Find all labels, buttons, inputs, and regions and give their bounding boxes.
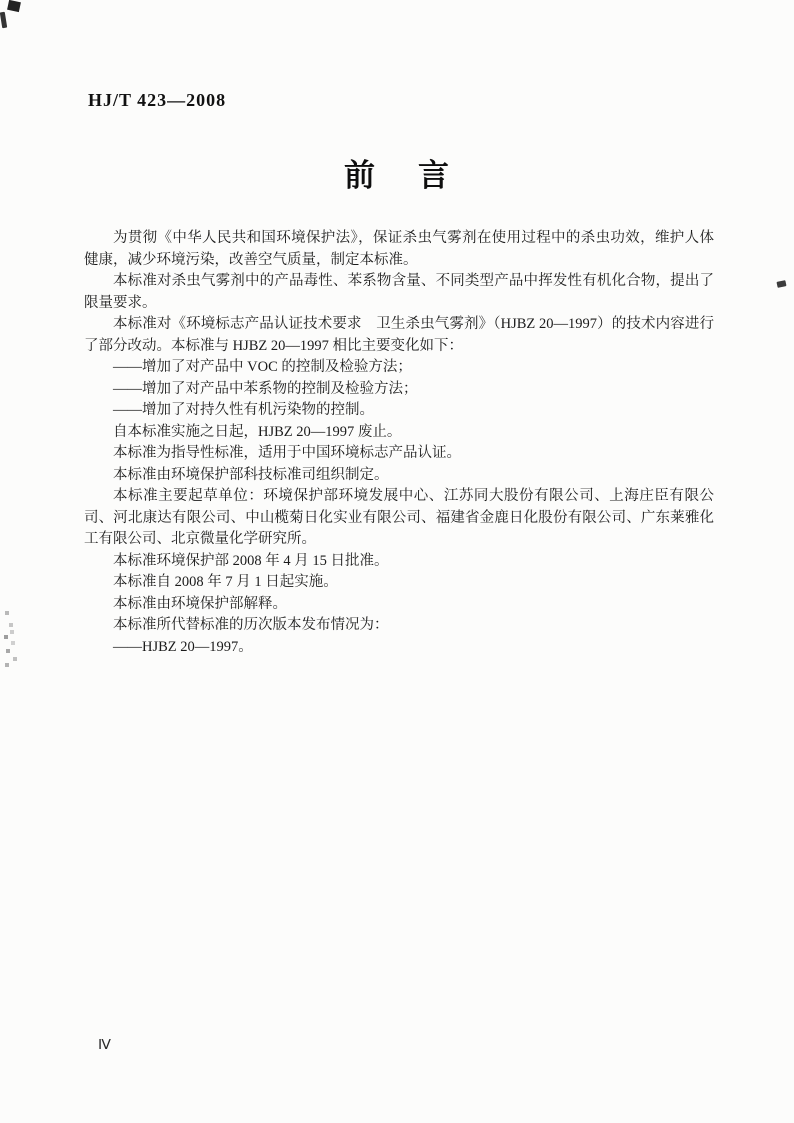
foreword-paragraph: 本标准所代替标准的历次版本发布情况为： — [84, 615, 714, 637]
foreword-list-item: ——增加了对产品中 VOC 的控制及检验方法； — [84, 357, 714, 379]
foreword-body: 为贯彻《中华人民共和国环境保护法》，保证杀虫气雾剂在使用过程中的杀虫功效，维护人… — [84, 228, 714, 658]
foreword-paragraph: 本标准由环境保护部科技标准司组织制定。 — [84, 465, 714, 487]
standard-number-header: HJ/T 423—2008 — [88, 90, 226, 111]
foreword-paragraph: 本标准由环境保护部解释。 — [84, 594, 714, 616]
foreword-paragraph: 为贯彻《中华人民共和国环境保护法》，保证杀虫气雾剂在使用过程中的杀虫功效，维护人… — [84, 228, 714, 271]
foreword-paragraph: 本标准自 2008 年 7 月 1 日起实施。 — [84, 572, 714, 594]
foreword-paragraph: 本标准环境保护部 2008 年 4 月 15 日批准。 — [84, 551, 714, 573]
foreword-list-item: ——HJBZ 20—1997。 — [84, 637, 714, 659]
foreword-paragraph: 本标准对杀虫气雾剂中的产品毒性、苯系物含量、不同类型产品中挥发性有机化合物，提出… — [84, 271, 714, 314]
scan-artifact-top-left-2 — [0, 12, 7, 29]
scan-speckles-left-edge — [4, 598, 6, 600]
scan-artifact-top-left — [7, 0, 21, 12]
title-char-qian: 前 — [344, 158, 376, 193]
title-char-yan: 言 — [418, 158, 450, 193]
foreword-paragraph: 本标准为指导性标准，适用于中国环境标志产品认证。 — [84, 443, 714, 465]
page-number: Ⅳ — [98, 1036, 111, 1053]
foreword-paragraph: 自本标准实施之日起，HJBZ 20—1997 废止。 — [84, 422, 714, 444]
foreword-list-item: ——增加了对产品中苯系物的控制及检验方法； — [84, 379, 714, 401]
foreword-paragraph: 本标准主要起草单位：环境保护部环境发展中心、江苏同大股份有限公司、上海庄臣有限公… — [84, 486, 714, 551]
scan-artifact-right-edge — [776, 280, 786, 288]
foreword-paragraph: 本标准对《环境标志产品认证技术要求 卫生杀虫气雾剂》（HJBZ 20—1997）… — [84, 314, 714, 357]
foreword-list-item: ——增加了对持久性有机污染物的控制。 — [84, 400, 714, 422]
page-title: 前言 — [0, 150, 794, 195]
document-page: HJ/T 423—2008 前言 为贯彻《中华人民共和国环境保护法》，保证杀虫气… — [0, 0, 794, 1123]
